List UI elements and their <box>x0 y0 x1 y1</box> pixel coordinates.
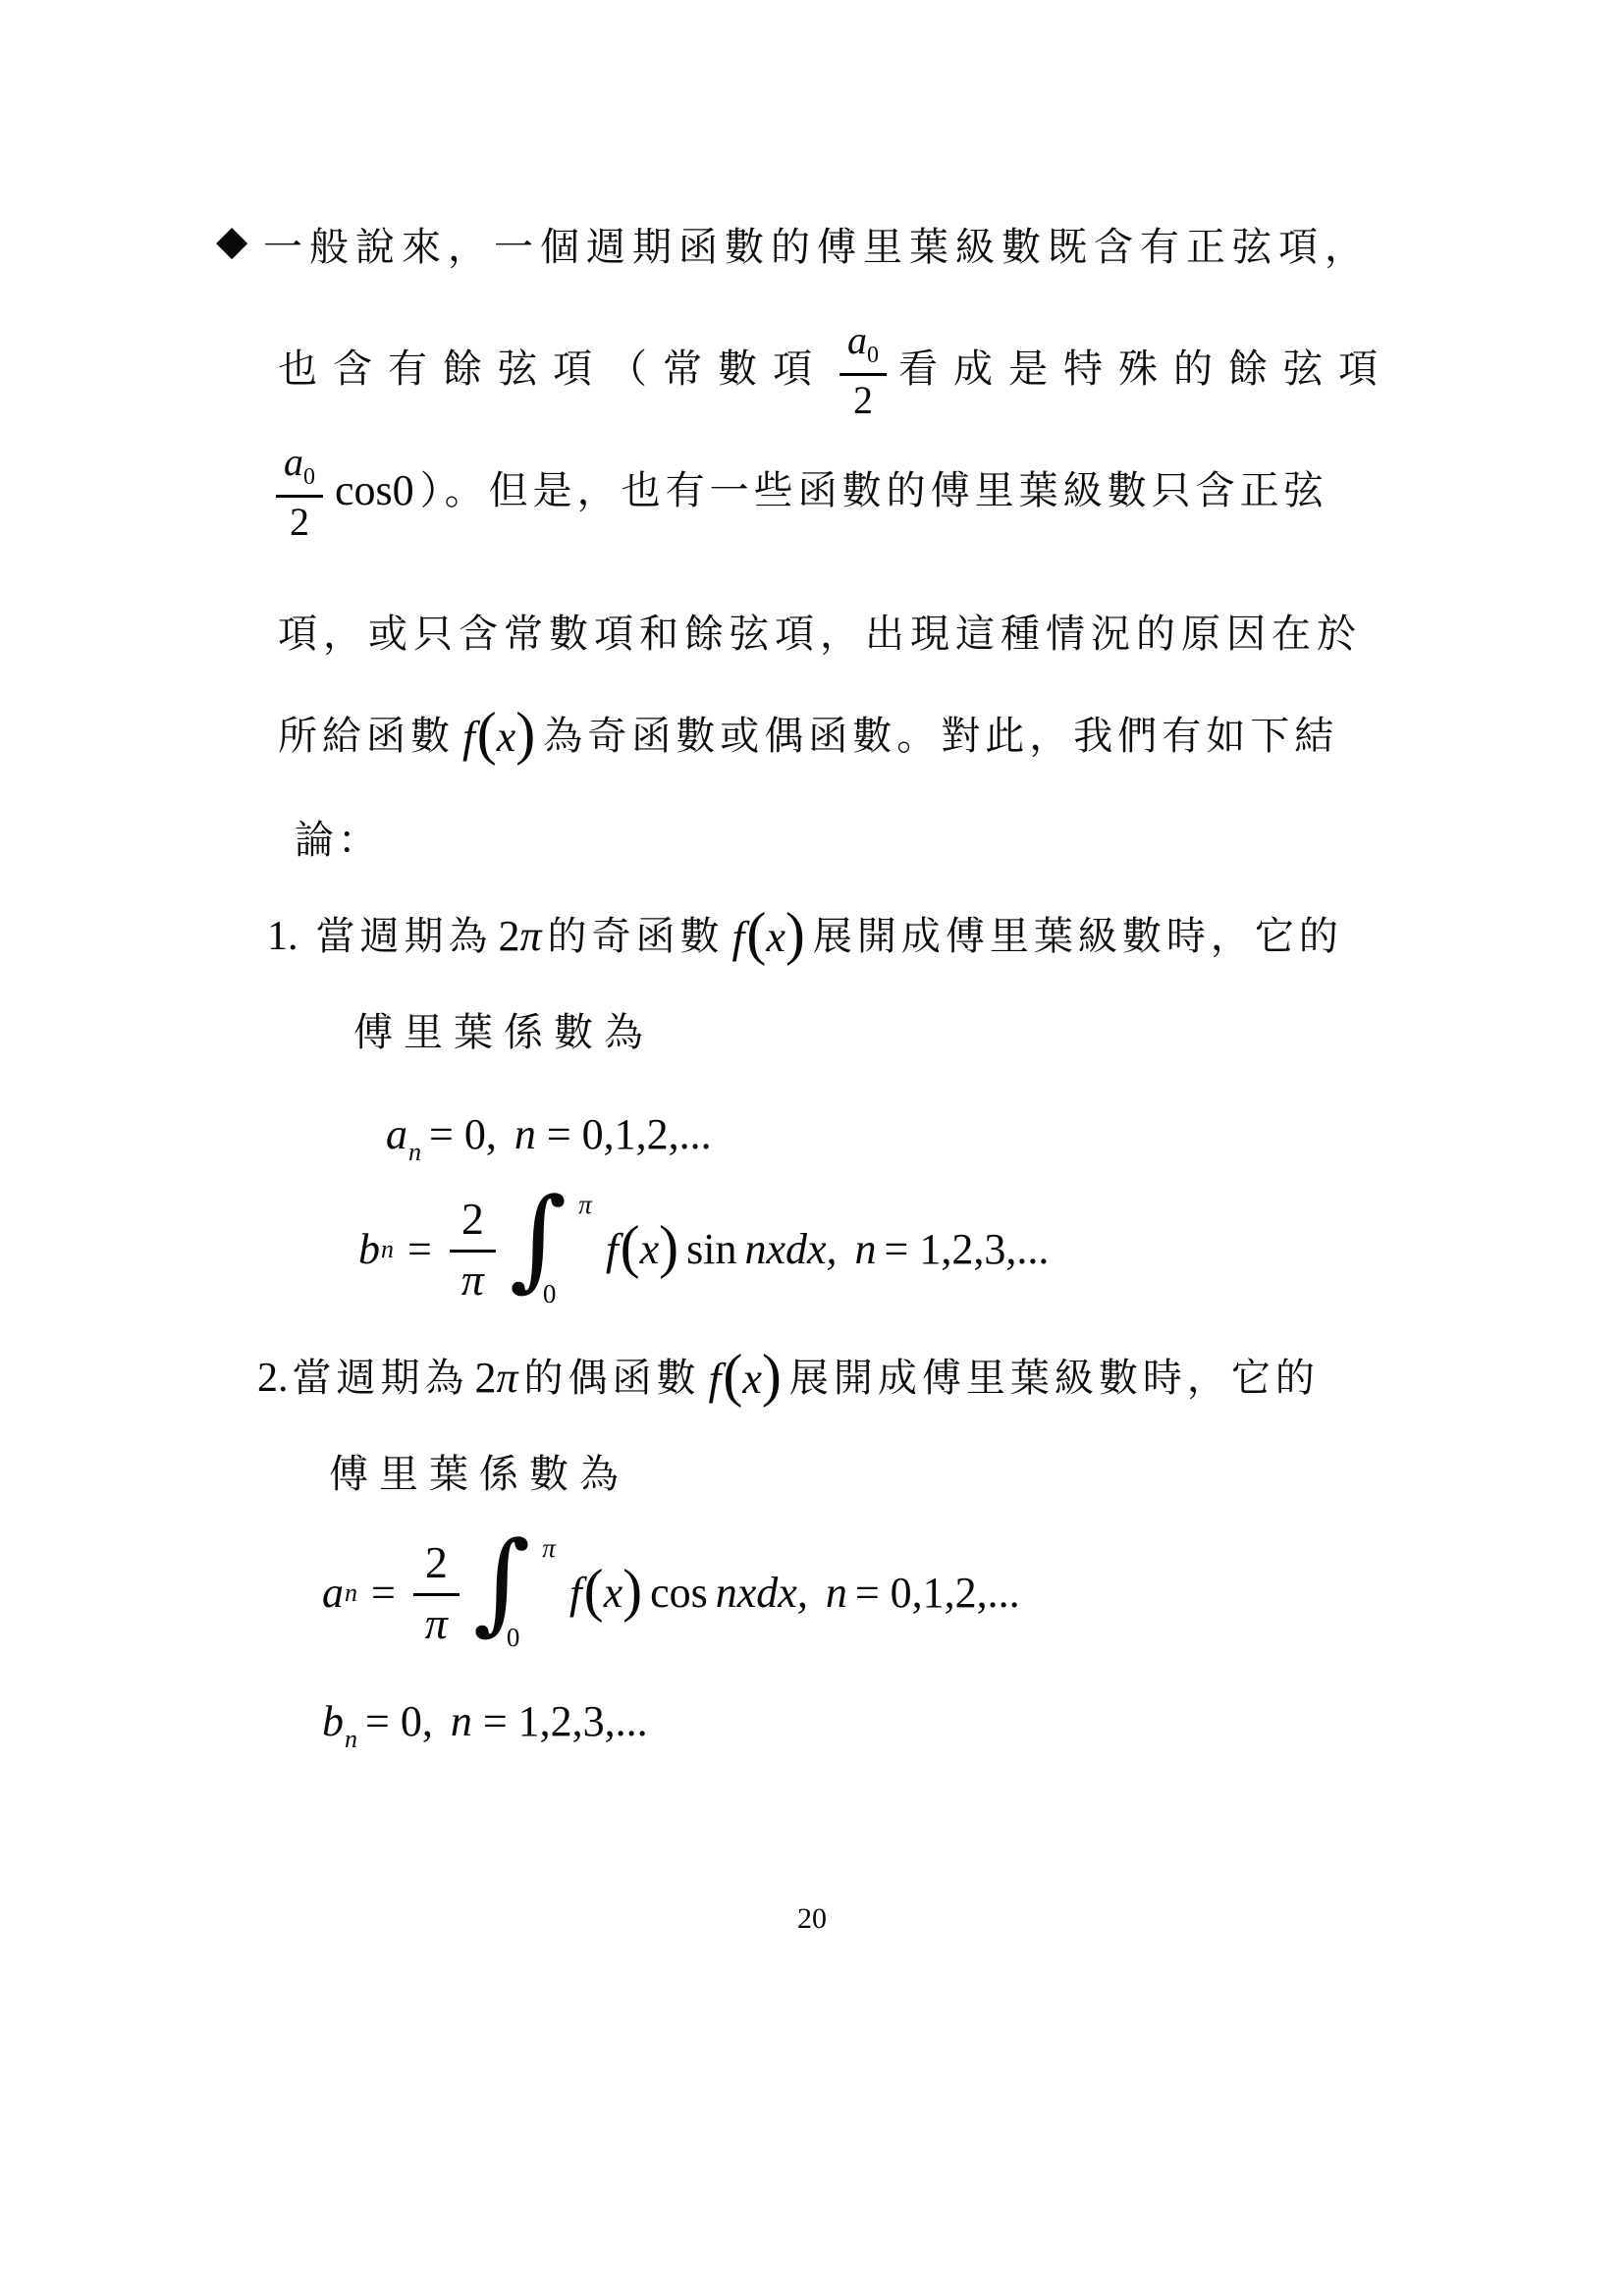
intro-line-5-post: 為奇函數或偶函數。對此，我們有如下結 <box>543 717 1338 756</box>
item-2-heading: 2. 當週期為 2π 的偶函數 f(x) 展開成傅里葉級數時，它的 <box>257 1341 1320 1415</box>
n-symbol: n <box>451 1697 472 1745</box>
f-of-x: f(x) <box>709 1349 782 1408</box>
a-symbol: a <box>386 1110 407 1158</box>
n-symbol: n <box>514 1110 536 1158</box>
intro-line-2-post: 看成是特殊的餘弦項 <box>898 349 1393 389</box>
n-values: = 0,1,2,... <box>855 1572 1020 1615</box>
sin-function: sin <box>686 1228 736 1271</box>
close-paren: ) <box>785 904 805 963</box>
item-2-subtitle: 傅里葉係數為 <box>329 1451 629 1498</box>
document-page: ◆ 一般說來，一個週期函數的傅里葉級數既含有正弦項， 也含有餘弦項（常數項 a0… <box>0 0 1624 2296</box>
f-symbol: f <box>462 711 475 763</box>
n-subscript: n <box>345 1580 357 1606</box>
item-2-marker: 2. <box>257 1355 289 1402</box>
integral-icon: ∫ <box>473 1527 530 1637</box>
item-1-marker: 1. <box>267 913 298 960</box>
formula-bn-integral: bn = 2 π ∫ π 0 f(x) sin nxdx, n = 1,2,3,… <box>358 1192 1049 1308</box>
item-1-pre: 當週期為 <box>316 917 493 956</box>
intro-line-5: 所給函數 f(x) 為奇函數或偶函數。對此，我們有如下結 <box>278 699 1338 774</box>
cos0-term: cos0 <box>335 465 414 517</box>
fraction-2-over-pi: 2 π <box>413 1540 460 1646</box>
fraction-denominator: π <box>461 1253 484 1303</box>
fraction-a0-over-2: a0 2 <box>276 441 323 542</box>
period-2pi: 2π <box>475 1353 518 1405</box>
fraction-numerator: a0 <box>276 441 323 498</box>
fraction-2-over-pi: 2 π <box>450 1197 496 1303</box>
x-symbol: x <box>766 912 785 962</box>
fraction-a0-over-2: a0 2 <box>839 319 887 420</box>
fraction-a: a <box>284 440 303 484</box>
intro-line-1: 一般說來，一個週期函數的傅里葉級數既含有正弦項， <box>263 224 1371 271</box>
x-symbol: x <box>742 1354 762 1404</box>
intro-line-2: 也含有餘弦項（常數項 a0 2 看成是特殊的餘弦項 <box>278 314 1393 424</box>
b-symbol: b <box>322 1697 344 1745</box>
f-symbol: f <box>709 1353 722 1405</box>
open-paren: ( <box>723 1346 742 1405</box>
item-2-post: 展開成傅里葉級數時，它的 <box>789 1359 1320 1398</box>
integral-lower-limit: 0 <box>543 1281 557 1308</box>
fraction-a-sub: 0 <box>303 464 315 490</box>
x-symbol: x <box>640 1228 660 1271</box>
item-1-heading: 1. 當週期為 2π 的奇函數 f(x) 展開成傅里葉級數時，它的 <box>267 899 1343 974</box>
open-paren: ( <box>477 704 497 763</box>
integral-upper-limit: π <box>542 1535 556 1562</box>
equals-sign: = <box>407 1228 432 1271</box>
open-paren: ( <box>746 904 766 963</box>
close-paren: ) <box>762 1346 782 1405</box>
two: 2 <box>475 1354 497 1402</box>
f-of-x: f(x) <box>569 1564 642 1623</box>
integral-icon: ∫ <box>510 1184 567 1294</box>
pi-symbol: π <box>520 912 542 960</box>
equals-sign: = <box>371 1572 396 1615</box>
item-2-mid: 的偶函數 <box>524 1359 701 1398</box>
n-subscript: n <box>408 1138 421 1166</box>
f-of-x: f(x) <box>732 907 805 966</box>
fraction-a-sub: 0 <box>867 343 879 368</box>
fraction-denominator: 2 <box>853 376 873 420</box>
formula-bn-zero: bn= 0,n = 1,2,3,... <box>322 1696 648 1752</box>
n-values: = 1,2,3,... <box>483 1697 648 1745</box>
integral-upper-limit: π <box>578 1192 592 1218</box>
formula-an-zero: an= 0,n = 0,1,2,... <box>386 1109 712 1165</box>
f-of-x: f(x) <box>606 1220 678 1279</box>
f-symbol: f <box>569 1571 582 1616</box>
n-subscript: n <box>345 1725 357 1753</box>
two: 2 <box>499 912 520 960</box>
item-1-post: 展開成傅里葉級數時，它的 <box>813 917 1343 956</box>
fraction-numerator: a0 <box>839 319 887 376</box>
equals-zero: = 0, <box>429 1110 497 1158</box>
f-of-x: f(x) <box>462 707 535 766</box>
fraction-numerator: 2 <box>413 1540 460 1596</box>
x-symbol: x <box>604 1572 623 1615</box>
f-symbol: f <box>606 1227 619 1272</box>
page-number: 20 <box>0 1902 1624 1936</box>
a-symbol: a <box>322 1572 344 1615</box>
n-values: = 0,1,2,... <box>547 1110 712 1158</box>
x-symbol: x <box>497 712 516 762</box>
fraction-a: a <box>847 318 867 362</box>
fraction-numerator: 2 <box>450 1197 496 1253</box>
intro-line-6: 論： <box>295 817 381 864</box>
equals-zero: = 0, <box>365 1697 433 1745</box>
fraction-denominator: π <box>425 1596 448 1646</box>
diamond-bullet-icon: ◆ <box>216 220 247 261</box>
item-1-subtitle: 傅里葉係數為 <box>353 1009 654 1056</box>
n-values: = 1,2,3,... <box>885 1228 1050 1271</box>
formula-an-integral: an = 2 π ∫ π 0 f(x) cos nxdx, n = 0,1,2,… <box>322 1535 1020 1651</box>
integral-0-to-pi: ∫ π 0 <box>469 1535 560 1651</box>
intro-line-2-pre: 也含有餘弦項（常數項 <box>278 349 828 389</box>
period-2pi: 2π <box>499 911 542 963</box>
close-paren: ) <box>623 1561 642 1620</box>
fraction-denominator: 2 <box>290 498 309 542</box>
f-symbol: f <box>732 911 745 963</box>
close-paren: ) <box>515 704 535 763</box>
n-subscript: n <box>381 1237 394 1262</box>
intro-line-3-post: ）。但是，也有一些函數的傅里葉級數只含正弦 <box>420 471 1328 510</box>
n-symbol: n <box>826 1572 847 1615</box>
item-1-mid: 的奇函數 <box>548 917 725 956</box>
intro-line-4: 項，或只含常數項和餘弦項，出現這種情況的原因在於 <box>278 611 1362 658</box>
integrand-nxdx: nxdx, <box>744 1228 837 1271</box>
open-paren: ( <box>621 1217 640 1276</box>
integral-0-to-pi: ∫ π 0 <box>506 1192 596 1308</box>
intro-line-3: a0 2 cos0 ）。但是，也有一些函數的傅里葉級數只含正弦 <box>276 436 1328 546</box>
intro-line-5-pre: 所給函數 <box>278 717 455 756</box>
pi-symbol: π <box>497 1354 518 1402</box>
open-paren: ( <box>584 1561 604 1620</box>
integrand-nxdx: nxdx, <box>716 1572 808 1615</box>
close-paren: ) <box>659 1217 678 1276</box>
n-symbol: n <box>855 1228 877 1271</box>
b-symbol: b <box>358 1228 380 1271</box>
integral-lower-limit: 0 <box>507 1625 520 1651</box>
item-2-pre: 當週期為 <box>293 1359 469 1398</box>
cos-function: cos <box>650 1572 708 1615</box>
